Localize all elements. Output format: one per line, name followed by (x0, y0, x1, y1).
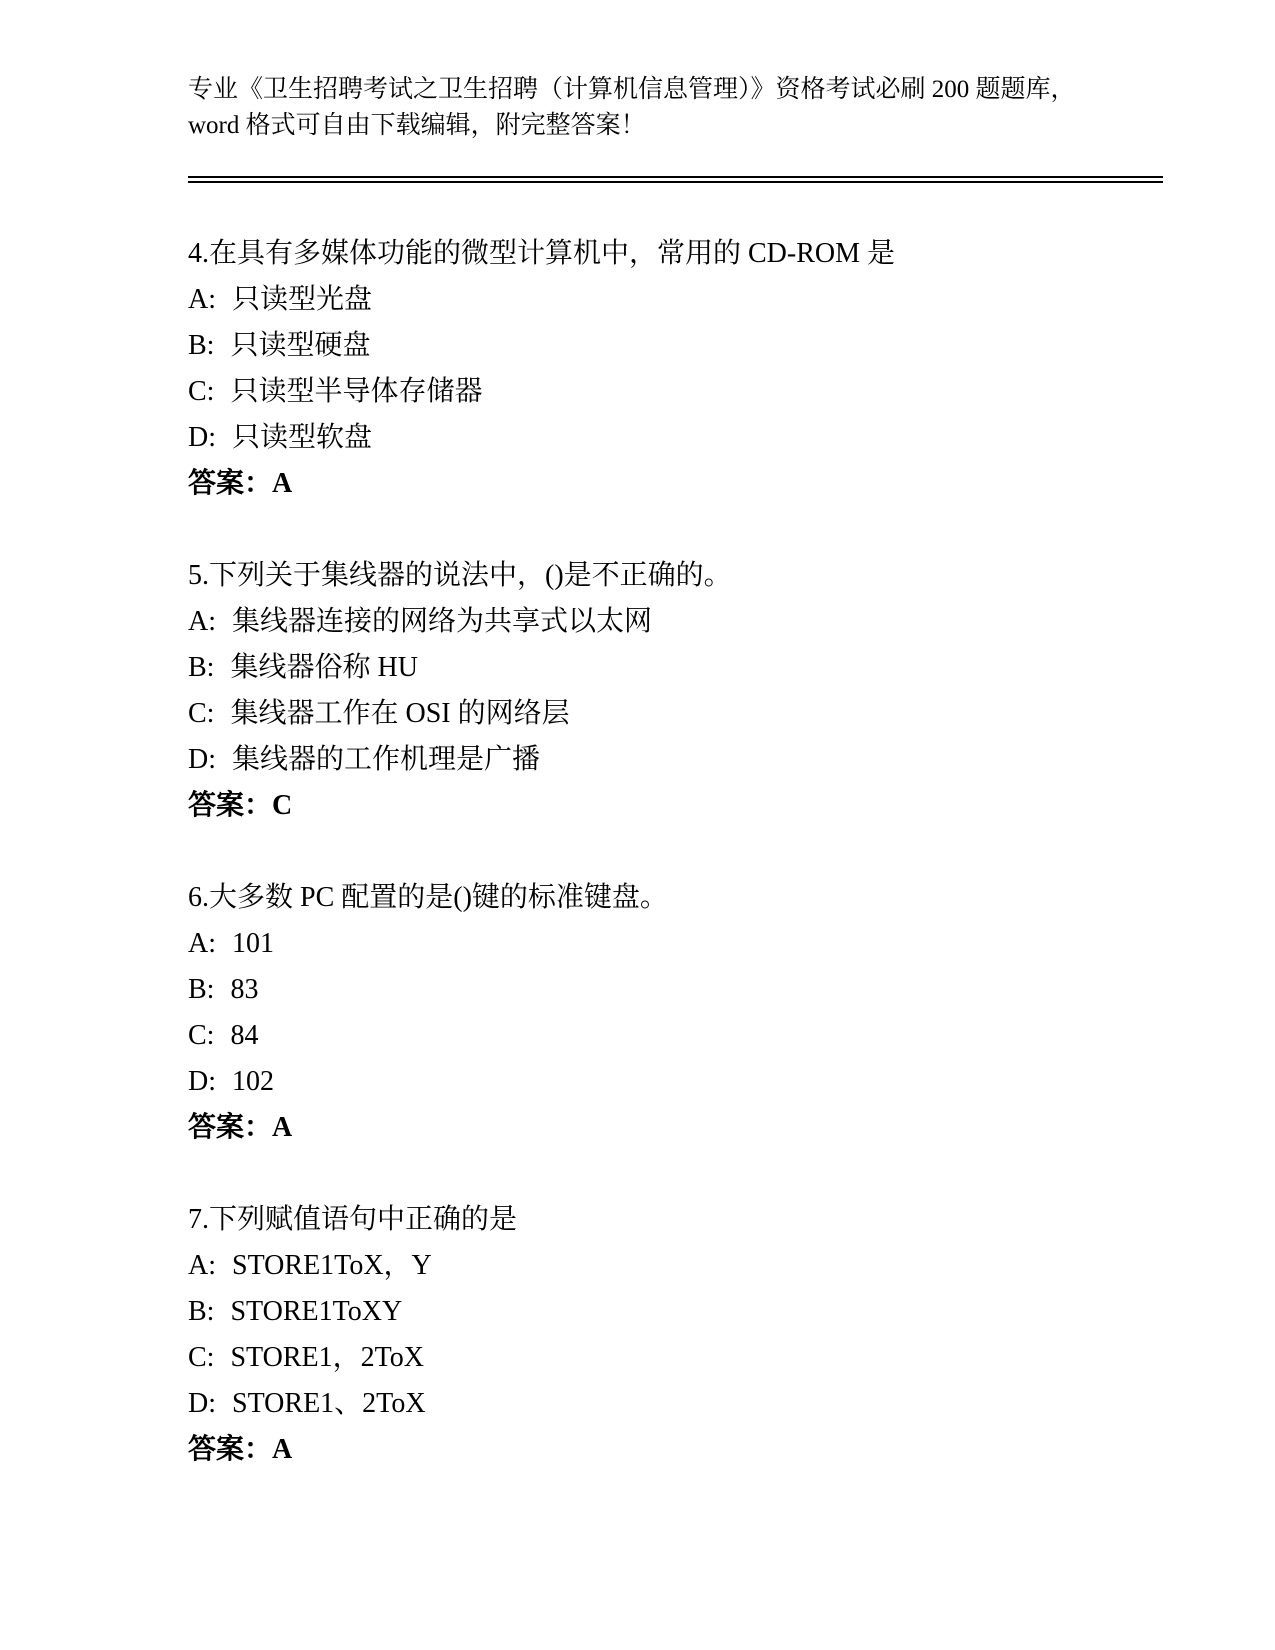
option-text: 只读型光盘 (232, 284, 372, 315)
question-title: 7.下列赋值语句中正确的是 (188, 1197, 1163, 1243)
option-label: B: (188, 645, 214, 691)
option-a: A:只读型光盘 (188, 277, 1163, 323)
option-text: STORE1ToX，Y (232, 1250, 432, 1281)
option-b: B:集线器俗称 HU (188, 645, 1163, 691)
question-title: 4.在具有多媒体功能的微型计算机中，常用的 CD-ROM 是 (188, 231, 1163, 277)
question-block-6: 6.大多数 PC 配置的是()键的标准键盘。 A:101 B:83 C:84 D… (188, 875, 1163, 1151)
option-label: C: (188, 1013, 214, 1059)
document-page: 专业《卫生招聘考试之卫生招聘（计算机信息管理）》资格考试必刷 200 题题库， … (0, 0, 1275, 1650)
option-a: A:集线器连接的网络为共享式以太网 (188, 599, 1163, 645)
option-text: STORE1，2ToX (230, 1342, 424, 1373)
header-text-line-2: word 格式可自由下载编辑，附完整答案！ (188, 108, 1163, 144)
question-block-7: 7.下列赋值语句中正确的是 A:STORE1ToX，Y B:STORE1ToXY… (188, 1197, 1163, 1473)
option-text: 只读型硬盘 (230, 330, 370, 361)
question-block-5: 5.下列关于集线器的说法中，()是不正确的。 A:集线器连接的网络为共享式以太网… (188, 553, 1163, 829)
option-b: B:STORE1ToXY (188, 1289, 1163, 1335)
answer-label: 答案： (188, 1434, 272, 1465)
option-label: D: (188, 1381, 216, 1427)
option-a: A:STORE1ToX，Y (188, 1243, 1163, 1289)
option-label: B: (188, 323, 214, 369)
option-label: A: (188, 921, 216, 967)
document-header: 专业《卫生招聘考试之卫生招聘（计算机信息管理）》资格考试必刷 200 题题库， … (188, 0, 1163, 144)
document-content: 专业《卫生招聘考试之卫生招聘（计算机信息管理）》资格考试必刷 200 题题库， … (188, 0, 1163, 1519)
header-text-line-1: 专业《卫生招聘考试之卫生招聘（计算机信息管理）》资格考试必刷 200 题题库， (188, 72, 1163, 108)
option-text: 集线器工作在 OSI 的网络层 (230, 698, 569, 729)
option-text: 101 (232, 928, 274, 959)
option-c: C:集线器工作在 OSI 的网络层 (188, 691, 1163, 737)
answer-label: 答案： (188, 790, 272, 821)
answer-line: 答案：A (188, 1427, 1163, 1473)
questions-list: 4.在具有多媒体功能的微型计算机中，常用的 CD-ROM 是 A:只读型光盘 B… (188, 231, 1163, 1473)
option-label: D: (188, 1059, 216, 1105)
option-text: 只读型软盘 (232, 422, 372, 453)
answer-value: A (272, 1105, 292, 1151)
answer-line: 答案：A (188, 461, 1163, 507)
option-text: 只读型半导体存储器 (230, 376, 482, 407)
option-label: A: (188, 1243, 216, 1289)
question-title: 5.下列关于集线器的说法中，()是不正确的。 (188, 553, 1163, 599)
answer-value: C (272, 783, 292, 829)
option-text: 102 (232, 1066, 274, 1097)
option-d: D:STORE1、2ToX (188, 1381, 1163, 1427)
option-text: 集线器连接的网络为共享式以太网 (232, 606, 652, 637)
header-divider-rule (188, 176, 1163, 183)
option-text: 集线器的工作机理是广播 (232, 744, 540, 775)
answer-line: 答案：C (188, 783, 1163, 829)
option-text: 集线器俗称 HU (230, 652, 417, 683)
answer-value: A (272, 461, 292, 507)
option-label: B: (188, 967, 214, 1013)
answer-line: 答案：A (188, 1105, 1163, 1151)
option-c: C:STORE1，2ToX (188, 1335, 1163, 1381)
option-label: B: (188, 1289, 214, 1335)
option-label: D: (188, 415, 216, 461)
option-label: D: (188, 737, 216, 783)
option-c: C:只读型半导体存储器 (188, 369, 1163, 415)
option-a: A:101 (188, 921, 1163, 967)
option-label: A: (188, 599, 216, 645)
option-b: B:只读型硬盘 (188, 323, 1163, 369)
option-label: C: (188, 691, 214, 737)
option-text: 84 (230, 1020, 258, 1051)
option-text: STORE1ToXY (230, 1296, 402, 1327)
option-c: C:84 (188, 1013, 1163, 1059)
question-title: 6.大多数 PC 配置的是()键的标准键盘。 (188, 875, 1163, 921)
option-text: 83 (230, 974, 258, 1005)
question-block-4: 4.在具有多媒体功能的微型计算机中，常用的 CD-ROM 是 A:只读型光盘 B… (188, 231, 1163, 507)
option-label: A: (188, 277, 216, 323)
option-b: B:83 (188, 967, 1163, 1013)
answer-value: A (272, 1427, 292, 1473)
answer-label: 答案： (188, 468, 272, 499)
option-d: D:只读型软盘 (188, 415, 1163, 461)
option-text: STORE1、2ToX (232, 1388, 426, 1419)
option-label: C: (188, 369, 214, 415)
option-d: D:102 (188, 1059, 1163, 1105)
option-label: C: (188, 1335, 214, 1381)
option-d: D:集线器的工作机理是广播 (188, 737, 1163, 783)
answer-label: 答案： (188, 1112, 272, 1143)
